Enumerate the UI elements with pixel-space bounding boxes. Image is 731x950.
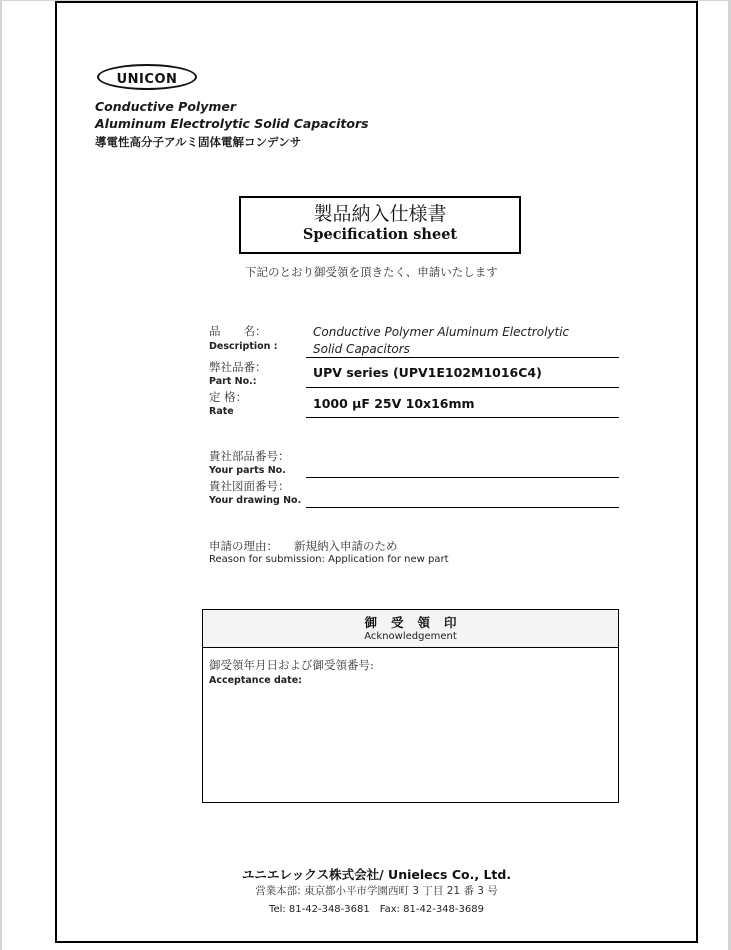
your-drawing-no-field[interactable] (306, 507, 619, 508)
acceptance-label-en: Acceptance date: (209, 675, 302, 686)
document-page: UNICON Conductive Polymer Aluminum Elect… (55, 1, 698, 943)
acknowledgement-header: 御受領印 Acknowledgement (203, 610, 618, 648)
rate-value: 1000 µF 25V 10x16mm (313, 396, 475, 411)
description-label-en: Description : (209, 341, 278, 352)
unicon-logo: UNICON (97, 64, 197, 90)
reason-value-jp: 新規納入申請のため (294, 538, 398, 554)
part-no-label-en: Part No.: (209, 376, 257, 387)
acknowledgement-box: 御受領印 Acknowledgement 御受領年月日および御受領番号: Acc… (202, 609, 619, 803)
your-parts-no-field[interactable] (306, 477, 619, 478)
acceptance-label-jp: 御受領年月日および御受領番号: (209, 657, 374, 673)
footer-address: 営業本部: 東京都小平市学園西町 3 丁目 21 番 3 号 (57, 883, 696, 898)
your-parts-no-label-en: Your parts No. (209, 465, 286, 476)
part-no-rule (306, 387, 619, 388)
request-line: 下記のとおり御受領を頂きたく、申請いたします (245, 264, 498, 280)
title-box: 製品納入仕様書 Specification sheet (239, 196, 521, 254)
rate-label-jp: 定 格： (209, 389, 247, 405)
part-no-label-jp: 弊社品番： (209, 359, 267, 375)
rate-rule (306, 417, 619, 418)
acknowledgement-heading-en: Acknowledgement (203, 631, 618, 643)
description-label-jp: 品 名： (209, 323, 267, 339)
footer-tel: Tel: 81-42-348-3681 Fax: 81-42-348-3689 (57, 900, 696, 915)
your-drawing-no-label-jp: 貴社図面番号： (209, 478, 290, 494)
title-en: Specification sheet (241, 226, 519, 244)
part-no-value: UPV series (UPV1E102M1016C4) (313, 365, 542, 380)
footer-company: ユニエレックス株式会社/ Unielecs Co., Ltd. (57, 865, 696, 883)
rate-label-en: Rate (209, 406, 234, 417)
your-drawing-no-label-en: Your drawing No. (209, 495, 301, 506)
your-parts-no-label-jp: 貴社部品番号： (209, 448, 290, 464)
subtitle-en-line1: Conductive Polymer (95, 99, 236, 114)
subtitle-jp: 導電性高分子アルミ固体電解コンデンサ (95, 134, 301, 150)
acknowledgement-heading-jp: 御受領印 (203, 610, 618, 631)
description-value-line2: Solid Capacitors (313, 342, 410, 356)
viewer-edge-left (0, 0, 2, 950)
subtitle-en-line2: Aluminum Electrolytic Solid Capacitors (95, 116, 369, 131)
description-rule (306, 357, 619, 358)
description-value-line1: Conductive Polymer Aluminum Electrolytic (313, 325, 569, 339)
logo-text: UNICON (117, 66, 178, 88)
reason-label-jp: 申請の理由： (209, 538, 278, 554)
title-jp: 製品納入仕様書 (241, 202, 519, 226)
reason-en: Reason for submission: Application for n… (209, 554, 449, 565)
